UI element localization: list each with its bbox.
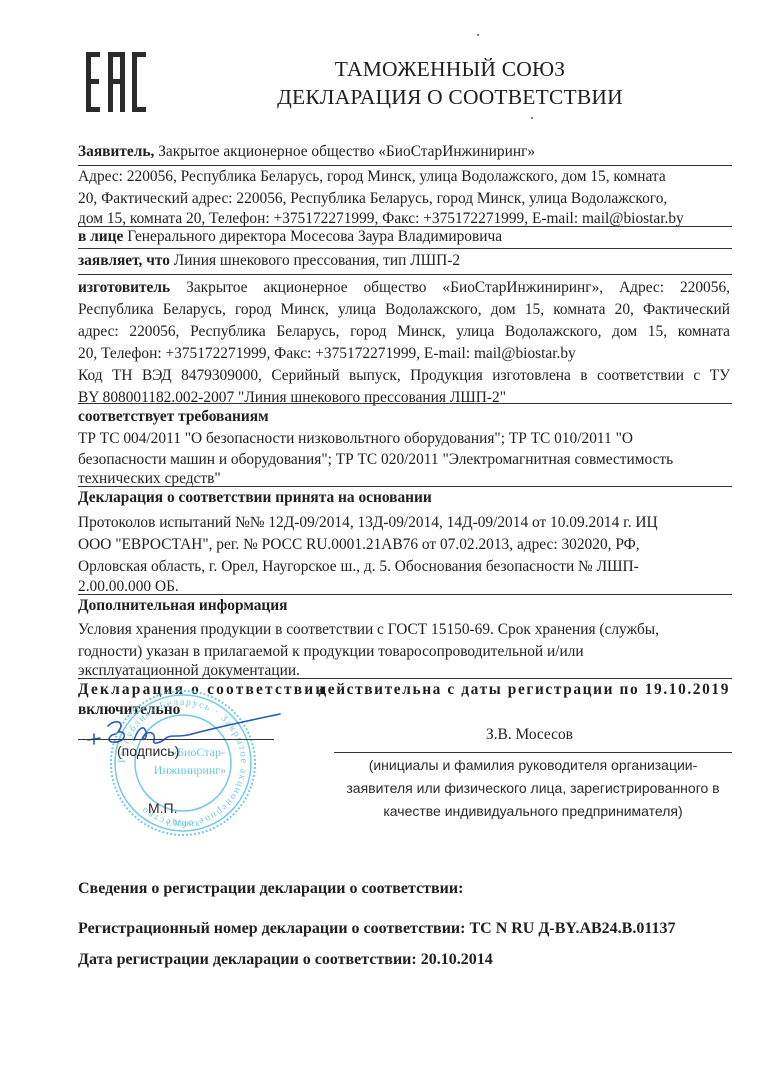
registration-number-row: Регистрационный номер декларации о соотв… [78,920,675,938]
signature-scribble [82,712,282,752]
applicant-row: Заявитель, Закрытое акционерное общество… [78,141,730,163]
manufacturer-label: изготовитель [78,279,170,296]
declares-label: заявляет, что [78,252,170,269]
divider [78,403,732,404]
scan-speck [477,34,479,36]
divider [78,248,732,249]
requirements-label: соответствует требованиям [78,406,730,428]
applicant-address-line: 20, Фактический адрес: 220056, Республик… [78,188,730,210]
registration-date-row: Дата регистрации декларации о соответств… [78,951,493,969]
represented-value: Генерального директора Мосесова Заура Вл… [127,228,502,245]
represented-label: в лице [78,228,123,245]
signer-line [334,752,732,753]
svg-text:Инжиниринг»: Инжиниринг» [154,763,226,777]
handwritten-signature-icon [82,712,282,752]
basis-label-text: Декларация о соответствии принята на осн… [78,489,432,506]
manufacturer-text: Закрытое акционерное общество «БиоСтарИн… [186,279,730,296]
registration-date-label: Дата регистрации декларации о соответств… [78,951,417,968]
manufacturer-line: изготовитель Закрытое акционерное общест… [78,277,730,299]
divider [78,274,732,275]
additional-label: Дополнительная информация [78,595,730,617]
product-code-line: Код ТН ВЭД 8479309000, Серийный выпуск, … [78,365,730,387]
applicant-label: Заявитель, [78,143,154,160]
manufacturer-line: Республика Беларусь, город Минск, улица … [78,299,730,321]
registration-number-value: ТС N RU Д-BY.АВ24.В.01137 [469,920,675,937]
eac-logo [84,50,148,114]
requirements-line: ТР ТС 004/2011 "О безопасности низковоль… [78,428,730,450]
basis-label: Декларация о соответствии принята на осн… [78,487,730,509]
signer-name: З.В. Мосесов [486,726,573,744]
validity-period: действительна с даты регистрации по 19.1… [318,679,730,701]
signer-caption-line: заявителя или физического лица, зарегист… [334,777,732,800]
requirements-label-text: соответствует требованиям [78,408,269,425]
basis-line: Орловская область, г. Орел, Наугорское ш… [78,556,730,578]
product-name: Линия шнекового прессования, тип ЛШП-2 [174,252,460,269]
registration-date-value: 20.10.2014 [421,951,493,968]
stamp-seal-icon: Республика Беларусь · Закрытое акционерн… [108,688,258,838]
eac-mark-icon [84,50,148,114]
manufacturer-line: адрес: 220056, Республика Беларусь, горо… [78,321,730,343]
additional-label-text: Дополнительная информация [78,597,287,614]
represented-row: в лице Генерального директора Мосесова З… [78,226,730,248]
additional-line: Условия хранения продукции в соответстви… [78,619,730,641]
title-declaration: ДЕКЛАРАЦИЯ О СООТВЕТСТВИИ [230,85,670,110]
applicant-address-line: Адрес: 220056, Республика Беларусь, горо… [78,166,730,188]
signature-caption: (подпись) [117,743,179,759]
scan-speck [531,117,533,119]
signature-line [78,739,274,740]
applicant-value: Закрытое акционерное общество «БиоСтарИн… [158,143,535,160]
signer-caption-line: качестве индивидуального предпринимателя… [334,800,732,823]
manufacturer-line: 20, Телефон: +375172271999, Факс: +37517… [78,343,730,365]
seal-place-label: М.П. [148,800,178,816]
declares-row: заявляет, что Линия шнекового прессовани… [78,250,730,272]
registration-heading: Сведения о регистрации декларации о соот… [78,880,463,898]
title-customs-union: ТАМОЖЕННЫЙ СОЮЗ [230,57,670,82]
registration-number-label: Регистрационный номер декларации о соотв… [78,920,465,937]
basis-line: ООО "ЕВРОСТАН", рег. № РОСС RU.0001.21АВ… [78,534,730,556]
signer-caption-line: (инициалы и фамилия руководителя организ… [334,754,732,777]
basis-line: Протоколов испытаний №№ 12Д-09/2014, 13Д… [78,512,730,534]
company-stamp: Республика Беларусь · Закрытое акционерн… [108,688,258,838]
signer-caption: (инициалы и фамилия руководителя организ… [334,754,732,823]
svg-text:г. Минск: г. Минск [166,818,200,828]
